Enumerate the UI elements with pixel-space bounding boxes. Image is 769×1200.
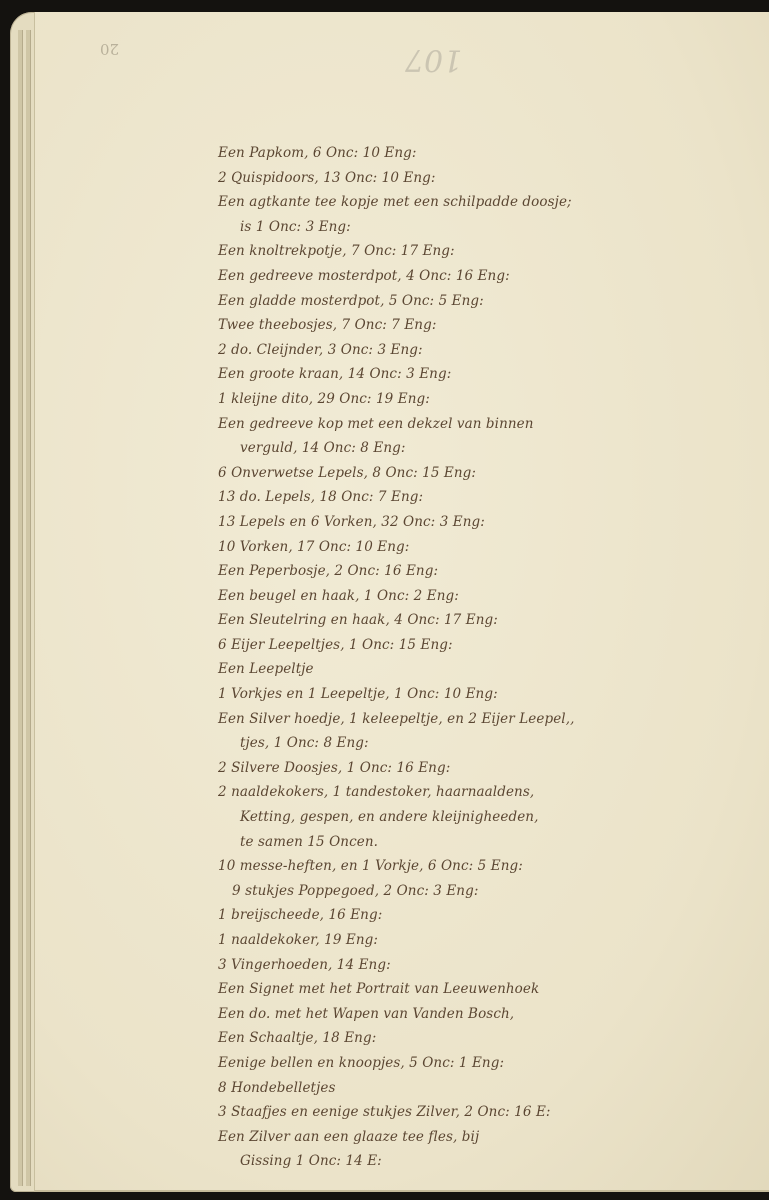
inventory-entry: Een do. met het Wapen van Vanden Bosch, <box>218 1002 638 1027</box>
inventory-entry: Een Sleutelring en haak, 4 Onc: 17 Eng: <box>218 608 638 633</box>
inventory-entry: 3 Vingerhoeden, 14 Eng: <box>218 953 638 978</box>
inventory-entry: 3 Staafjes en eenige stukjes Zilver, 2 O… <box>218 1100 638 1125</box>
inventory-entry-continuation: is 1 Onc: 3 Eng: <box>218 215 638 240</box>
inventory-entry-continuation: Gissing 1 Onc: 14 E: <box>218 1149 638 1174</box>
inventory-entry: Een Peperbosje, 2 Onc: 16 Eng: <box>218 559 638 584</box>
inventory-entry: Een gedreeve mosterdpot, 4 Onc: 16 Eng: <box>218 264 638 289</box>
inventory-entry: Een Leepeltje <box>218 657 638 682</box>
page-edge <box>18 30 23 1186</box>
inventory-entry: Een Papkom, 6 Onc: 10 Eng: <box>218 141 638 166</box>
inventory-entry: 1 breijscheede, 16 Eng: <box>218 903 638 928</box>
inventory-entry: 9 stukjes Poppegoed, 2 Onc: 3 Eng: <box>218 879 638 904</box>
inventory-entry: Een Zilver aan een glaaze tee fles, bij <box>218 1125 638 1150</box>
inventory-entry: 2 Quispidoors, 13 Onc: 10 Eng: <box>218 166 638 191</box>
inventory-entry-continuation: Ketting, gespen, en andere kleijnigheede… <box>218 805 638 830</box>
inventory-entry: 2 do. Cleijnder, 3 Onc: 3 Eng: <box>218 338 638 363</box>
inventory-entry: 2 naaldekokers, 1 tandestoker, haarnaald… <box>218 780 638 805</box>
inventory-entry: 1 naaldekoker, 19 Eng: <box>218 928 638 953</box>
inventory-entry: 2 Silvere Doosjes, 1 Onc: 16 Eng: <box>218 756 638 781</box>
inventory-entry-continuation: verguld, 14 Onc: 8 Eng: <box>218 436 638 461</box>
inventory-entry: Een groote kraan, 14 Onc: 3 Eng: <box>218 362 638 387</box>
inventory-entry: Eenige bellen en knoopjes, 5 Onc: 1 Eng: <box>218 1051 638 1076</box>
inventory-entry: 13 Lepels en 6 Vorken, 32 Onc: 3 Eng: <box>218 510 638 535</box>
inventory-entry-continuation: tjes, 1 Onc: 8 Eng: <box>218 731 638 756</box>
inventory-entry: Een Signet met het Portrait van Leeuwenh… <box>218 977 638 1002</box>
inventory-entry: Een Schaaltje, 18 Eng: <box>218 1026 638 1051</box>
inventory-entry: Een beugel en haak, 1 Onc: 2 Eng: <box>218 584 638 609</box>
inventory-entry: 1 kleijne dito, 29 Onc: 19 Eng: <box>218 387 638 412</box>
inventory-entry: Een knoltrekpotje, 7 Onc: 17 Eng: <box>218 239 638 264</box>
inventory-entry: 10 Vorken, 17 Onc: 10 Eng: <box>218 535 638 560</box>
inventory-entry: 6 Onverwetse Lepels, 8 Onc: 15 Eng: <box>218 461 638 486</box>
inventory-entry: 1 Vorkjes en 1 Leepeltje, 1 Onc: 10 Eng: <box>218 682 638 707</box>
inventory-entry: 13 do. Lepels, 18 Onc: 7 Eng: <box>218 485 638 510</box>
inventory-entry: Een agtkante tee kopje met een schilpadd… <box>218 190 638 215</box>
pencil-page-number: 107 <box>405 42 462 77</box>
inventory-entry-continuation: te samen 15 Oncen. <box>218 830 638 855</box>
inventory-list: Een Papkom, 6 Onc: 10 Eng: 2 Quispidoors… <box>218 141 638 1174</box>
inventory-entry: 10 messe-heften, en 1 Vorkje, 6 Onc: 5 E… <box>218 854 638 879</box>
inventory-entry: Een gedreeve kop met een dekzel van binn… <box>218 412 638 437</box>
inventory-entry: 6 Eijer Leepeltjes, 1 Onc: 15 Eng: <box>218 633 638 658</box>
inventory-entry: 8 Hondebelletjes <box>218 1076 638 1101</box>
inventory-entry: Een Silver hoedje, 1 keleepeltje, en 2 E… <box>218 707 638 732</box>
folio-number: 20 <box>100 40 119 58</box>
inventory-entry: Een gladde mosterdpot, 5 Onc: 5 Eng: <box>218 289 638 314</box>
page-edge <box>26 30 31 1186</box>
inventory-entry: Twee theebosjes, 7 Onc: 7 Eng: <box>218 313 638 338</box>
